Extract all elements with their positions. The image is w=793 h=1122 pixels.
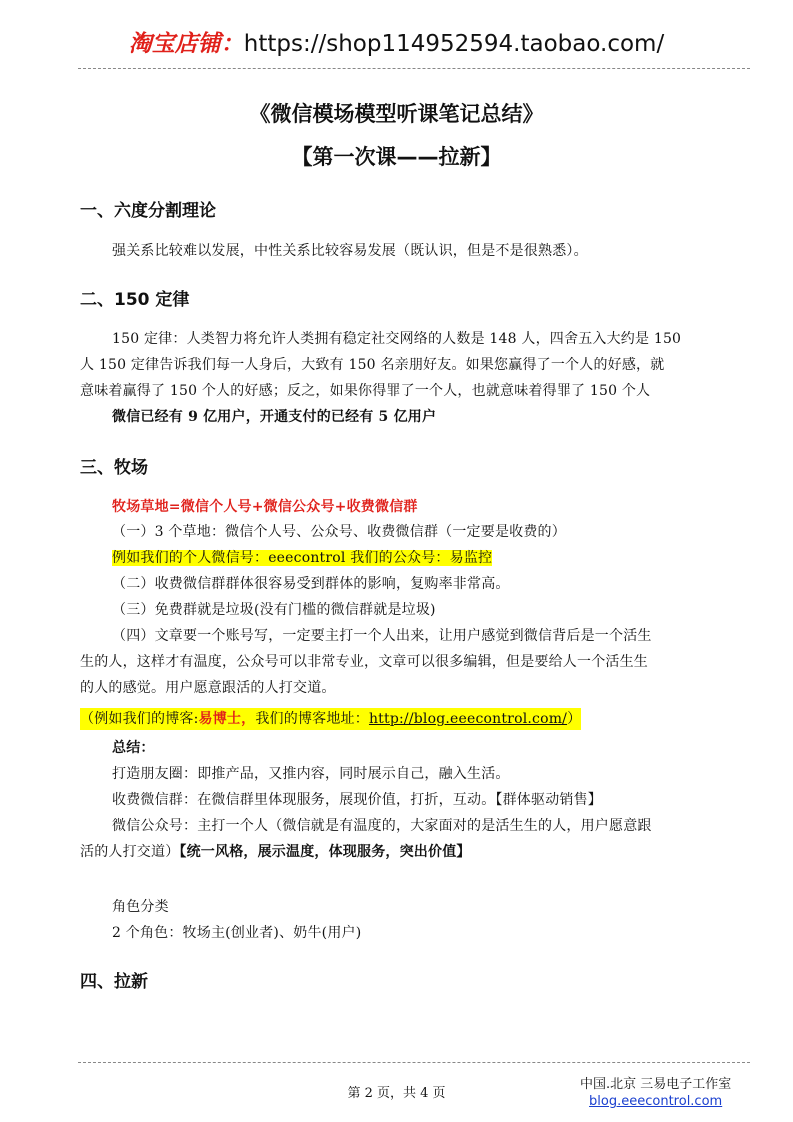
- paragraph: （四）文章要一个账号写，一定要主打一个人出来，让用户感觉到微信背后是一个活生: [112, 625, 652, 647]
- studio-name: 中国.北京 三易电子工作室: [580, 1077, 731, 1092]
- paragraph: （一）3 个草地：微信个人号、公众号、收费微信群（一定要是收费的）: [112, 521, 566, 543]
- shop-label: 淘宝店铺：: [129, 30, 244, 57]
- wechat-users-note: 微信已经有 9 亿用户，开通支付的已经有 5 亿用户: [112, 406, 436, 428]
- blog-link[interactable]: http://blog.eeecontrol.com/: [369, 711, 567, 727]
- roles-label: 角色分类: [112, 896, 169, 918]
- summary-line: 活的人打交道）【统一风格，展示温度，体现服务，突出价值】: [80, 841, 471, 863]
- paragraph: 强关系比较难以发展，中性关系比较容易发展（既认识，但是不是很熟悉）。: [112, 240, 588, 262]
- section-heading-3: 三、牧场: [80, 456, 148, 480]
- paragraph: （二）收费微信群群体很容易受到群体的影响，复购率非常高。: [112, 573, 510, 595]
- bracket-note: 【群体驱动销售】: [495, 792, 602, 808]
- studio-info: 中国.北京 三易电子工作室 blog.eeecontrol.com: [580, 1076, 731, 1110]
- bold-bracket-note: 【统一风格，展示温度，体现服务，突出价值】: [179, 844, 470, 860]
- section-heading-1: 一、六度分割理论: [80, 199, 216, 223]
- section-heading-4: 四、拉新: [80, 970, 148, 994]
- section-heading-2: 二、150 定律: [80, 288, 189, 312]
- paragraph: 意味着赢得了 150 个人的好感；反之，如果你得罪了一个人，也就意味着得罪了 1…: [80, 380, 650, 402]
- paragraph: 生的人，这样才有温度，公众号可以非常专业，文章可以很多编辑，但是要给人一个活生生: [80, 651, 648, 673]
- studio-site-link[interactable]: blog.eeecontrol.com: [580, 1093, 731, 1110]
- document-subtitle: 【第一次课——拉新】: [0, 141, 793, 171]
- pasture-formula: 牧场草地=微信个人号+微信公众号+收费微信群: [112, 496, 418, 518]
- summary-line: 微信公众号：主打一个人（微信就是有温度的，大家面对的是活生生的人，用户愿意跟: [112, 815, 652, 837]
- footer-divider: [78, 1062, 750, 1063]
- paragraph: （三）免费群就是垃圾(没有门槛的微信群就是垃圾): [112, 599, 436, 621]
- summary-line: 收费微信群：在微信群里体现服务，展现价值，打折，互动。【群体驱动销售】: [112, 789, 602, 811]
- document-title: 《微信模场模型听课笔记总结》: [0, 98, 793, 128]
- blog-name: 易博士，: [199, 711, 256, 727]
- highlighted-text: 例如我们的个人微信号：eeecontrol 我们的公众号：易监控: [112, 550, 492, 566]
- summary-label: 总结：: [112, 737, 155, 759]
- header-divider: [78, 68, 750, 69]
- paragraph: 150 定律：人类智力将允许人类拥有稳定社交网络的人数是 148 人，四舍五入大…: [112, 328, 681, 350]
- paragraph: 的人的感觉。用户愿意跟活的人打交道。: [80, 677, 336, 699]
- shop-url[interactable]: https://shop114952594.taobao.com/: [244, 31, 664, 57]
- roles-text: 2 个角色：牧场主(创业者)、奶牛(用户): [112, 922, 361, 944]
- blog-example: （例如我们的博客:易博士，我们的博客地址：http://blog.eeecont…: [80, 708, 581, 730]
- wechat-account-example: 例如我们的个人微信号：eeecontrol 我们的公众号：易监控: [112, 547, 492, 569]
- paragraph: 人 150 定律告诉我们每一人身后，大致有 150 名亲朋好友。如果您赢得了一个…: [80, 354, 664, 376]
- shop-header: 淘宝店铺：https://shop114952594.taobao.com/: [0, 28, 793, 60]
- summary-line: 打造朋友圈：即推产品，又推内容，同时展示自己，融入生活。: [112, 763, 510, 785]
